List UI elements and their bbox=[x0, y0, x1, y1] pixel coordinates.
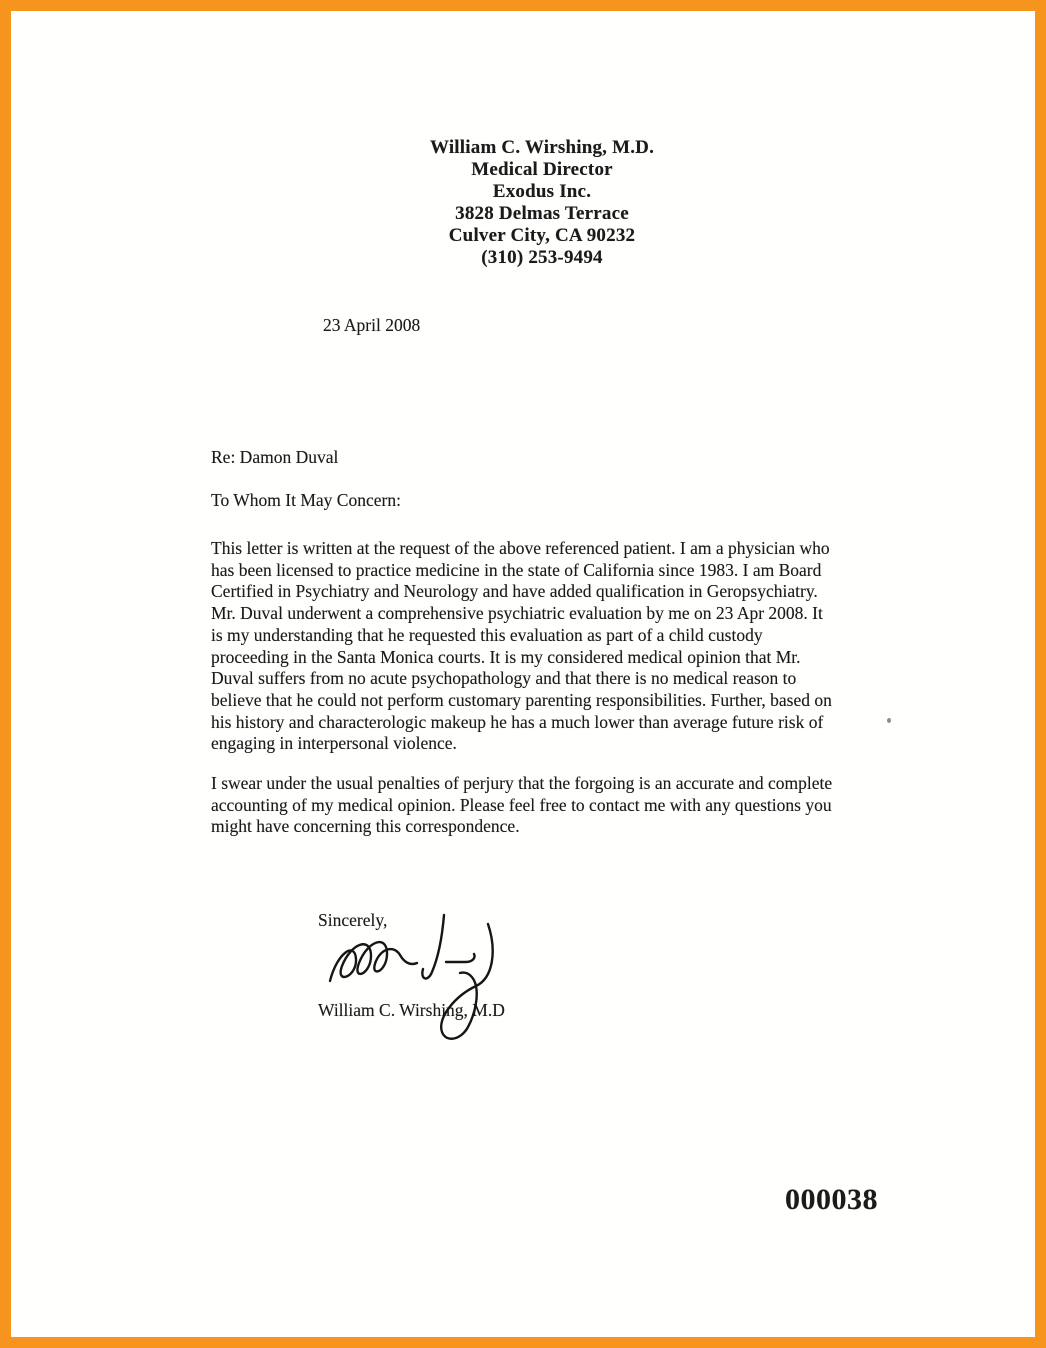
letterhead: William C. Wirshing, M.D.Medical Directo… bbox=[30, 137, 1046, 269]
body-paragraph-2: I swear under the usual penalties of per… bbox=[211, 773, 901, 838]
body-paragraph-1: This letter is written at the request of… bbox=[211, 538, 901, 755]
salutation: To Whom It May Concern: bbox=[211, 490, 401, 511]
scan-artifact-speck bbox=[887, 718, 891, 723]
reference-line: Re: Damon Duval bbox=[211, 447, 338, 468]
date-line: 23 April 2008 bbox=[323, 315, 420, 336]
handwritten-signature-image bbox=[325, 911, 511, 1051]
scanned-letter-page: William C. Wirshing, M.D.Medical Directo… bbox=[0, 0, 1046, 1348]
bates-number: 000038 bbox=[785, 1183, 878, 1217]
